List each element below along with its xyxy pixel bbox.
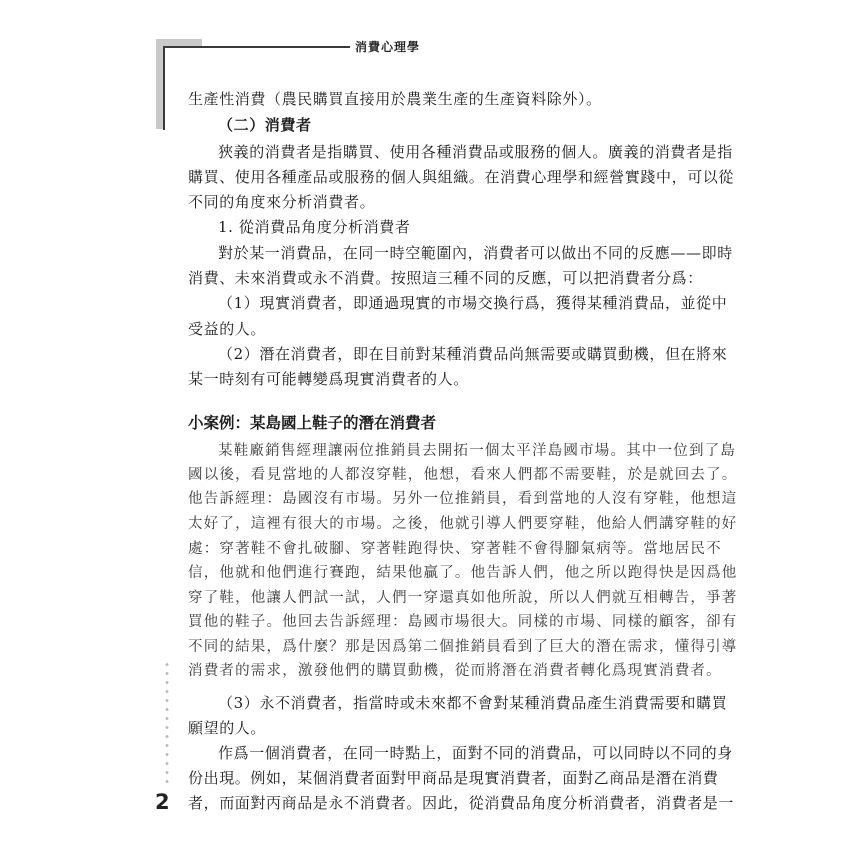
case-line: 太好了，這裡有很大的市場。之後，他就引導人們要穿鞋，他給人們講穿鞋的好 [188, 512, 738, 533]
case-title: 小案例：某島國上鞋子的潛在消費者 [188, 411, 436, 433]
case-line: 買他的鞋子。他回去告訴經理：島國市場很大。同樣的市場、同樣的顧客，卻有 [188, 610, 738, 631]
list-item-line: 受益的人。 [188, 318, 266, 339]
margin-rule [163, 46, 165, 130]
list-item-line: （2）潛在消費者，即在目前對某種消費品尚無需要或購買動機，但在將來 [218, 343, 727, 364]
case-line: 穿了鞋，他讓人們試一試，人們一穿還真如他所說，所以人們就互相轉告，爭著 [188, 586, 738, 607]
case-line: 不同的結果，爲什麼？那是因爲第二個推銷員看到了巨大的潛在需求，懂得引導 [188, 635, 738, 656]
book-page: 消費心理學 生產性消費（農民購買直接用於農業生產的生產資料除外）。 （二）消費者… [0, 0, 850, 850]
case-line: 消費者的需求，激發他們的購買動機，從而將潛在消費者轉化爲現實消費者。 [188, 659, 722, 680]
running-title: 消費心理學 [355, 38, 420, 55]
paragraph-line: 者，而面對丙商品是永不消費者。因此，從消費品角度分析消費者，消費者是一 [188, 792, 734, 813]
paragraph-line: 狹義的消費者是指購買、使用各種消費品或服務的個人。廣義的消費者是指 [218, 141, 733, 162]
paragraph-line: 份出現。例如，某個消費者面對甲商品是現實消費者，面對乙商品是潛在消費 [188, 767, 718, 788]
list-item-line: 某一時刻有可能轉變爲現實消費者的人。 [188, 368, 469, 389]
paragraph-line: 不同的角度來分析消費者。 [188, 191, 375, 212]
case-line: 他告訴經理：島國沒有市場。另外一位推銷員，看到當地的人沒有穿鞋，他想這 [188, 487, 738, 508]
case-line: 處：穿著鞋不會扎破腳、穿著鞋跑得快、穿著鞋不會得腳氣病等。當地居民不 [188, 537, 722, 558]
paragraph-line: 購買、使用各種產品或服務的個人與組織。在消費心理學和經營實踐中，可以從 [188, 166, 734, 187]
case-line: 國以後，看見當地的人都沒穿鞋，他想，看來人們都不需要鞋，於是就回去了。 [188, 463, 738, 484]
margin-dot-rule [165, 660, 169, 785]
list-item-line: （1）現實消費者，即通過現實的市場交換行爲，獲得某種消費品，並從中 [218, 292, 727, 313]
header-rule [163, 46, 350, 48]
page-number: 2 [155, 790, 170, 814]
case-line: 信，他就和他們進行賽跑，結果他贏了。他告訴人們，他之所以跑得快是因爲他 [188, 561, 738, 582]
paragraph-line: 消費、未來消費或永不消費。按照這三種不同的反應，可以把消費者分爲： [188, 267, 703, 288]
section-heading: （二）消費者 [218, 114, 312, 135]
list-item-line: 願望的人。 [188, 717, 266, 738]
list-item-line: （3）永不消費者，指當時或未來都不會對某種消費品產生消費需要和購買 [218, 692, 727, 713]
subsection-heading: 1. 從消費品角度分析消費者 [218, 216, 410, 237]
case-line: 某鞋廠銷售經理讓兩位推銷員去開拓一個太平洋島國市場。其中一位到了島 [218, 439, 736, 460]
paragraph-line: 作爲一個消費者，在同一時點上，面對不同的消費品，可以同時以不同的身 [218, 742, 733, 763]
paragraph-line: 對於某一消費品，在同一時空範圍內，消費者可以做出不同的反應——即時 [218, 242, 733, 263]
paragraph-line: 生產性消費（農民購買直接用於農業生產的生產資料除外）。 [188, 88, 602, 109]
